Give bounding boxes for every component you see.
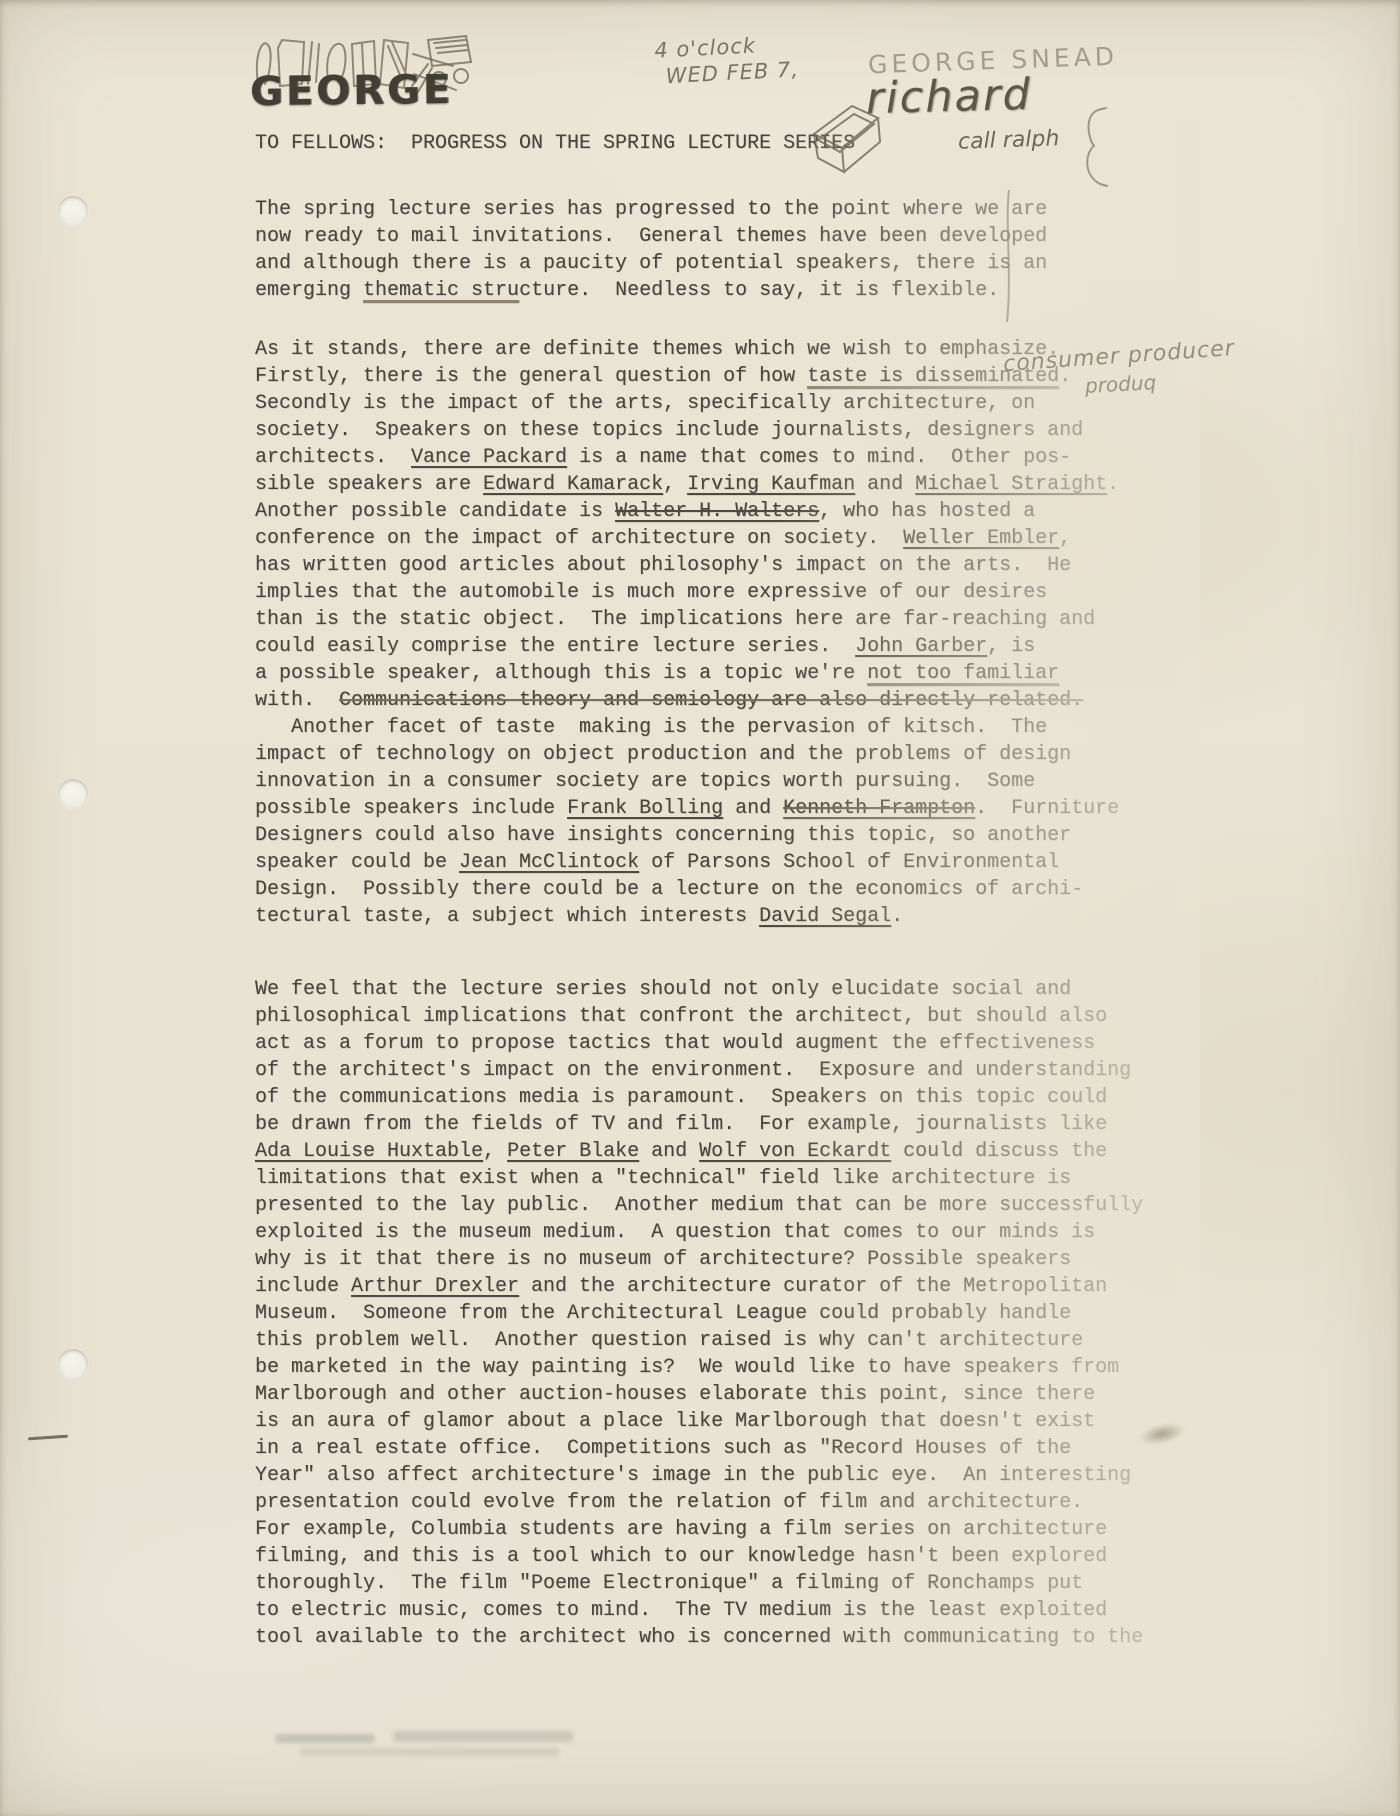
- text-line: filming, and this is a tool which to our…: [255, 1543, 1195, 1570]
- text-line: implies that the automobile is much more…: [255, 579, 1195, 606]
- text-line: sible speakers are Edward Kamarack, Irvi…: [255, 471, 1195, 498]
- ghost-print-mark: [300, 1748, 560, 1756]
- bracket-mark: [1078, 106, 1110, 190]
- hole-punch-bottom: [58, 1349, 88, 1379]
- ghost-print-mark: [275, 1734, 375, 1743]
- text-line: now ready to mail invitations. General t…: [255, 223, 1195, 250]
- text-line: The spring lecture series has progressed…: [255, 196, 1195, 223]
- text-line: society. Speakers on these topics includ…: [255, 417, 1195, 444]
- hole-punch-top: [58, 196, 88, 226]
- text-line: and although there is a paucity of poten…: [255, 250, 1195, 277]
- text-line: philosophical implications that confront…: [255, 1003, 1195, 1030]
- text-line: We feel that the lecture series should n…: [255, 976, 1195, 1003]
- text-line: Another possible candidate is Walter H. …: [255, 498, 1195, 525]
- text-line: than is the static object. The implicati…: [255, 606, 1195, 633]
- text-line: possible speakers include Frank Bolling …: [255, 795, 1195, 822]
- text-line: be drawn from the fields of TV and film.…: [255, 1111, 1195, 1138]
- call-note: call ralph: [958, 126, 1060, 155]
- text-line: presentation could evolve from the relat…: [255, 1489, 1195, 1516]
- margin-note-produq: produq: [1084, 370, 1156, 398]
- time-note-line-2: WED FEB 7,: [665, 56, 800, 89]
- text-line: limitations that exist when a "technical…: [255, 1165, 1195, 1192]
- text-line: impact of technology on object productio…: [255, 741, 1195, 768]
- paragraph-2: As it stands, there are definite themes …: [255, 336, 1195, 930]
- text-line: presented to the lay public. Another med…: [255, 1192, 1195, 1219]
- text-line: this problem well. Another question rais…: [255, 1327, 1195, 1354]
- margin-pencil-line: [1002, 190, 1016, 322]
- ghost-print-mark: [393, 1731, 573, 1742]
- text-line: innovation in a consumer society are top…: [255, 768, 1195, 795]
- text-line: tectural taste, a subject which interest…: [255, 903, 1195, 930]
- text-line: Marlborough and other auction-houses ela…: [255, 1381, 1195, 1408]
- text-line: Ada Louise Huxtable, Peter Blake and Wol…: [255, 1138, 1195, 1165]
- text-line: conference on the impact of architecture…: [255, 525, 1195, 552]
- text-line: Year" also affect architecture's image i…: [255, 1462, 1195, 1489]
- text-line: Secondly is the impact of the arts, spec…: [255, 390, 1195, 417]
- george-scribble-text: GEORGE: [250, 67, 454, 115]
- text-line: could easily comprise the entire lecture…: [255, 633, 1195, 660]
- text-line: Museum. Someone from the Architectural L…: [255, 1300, 1195, 1327]
- text-line: in a real estate office. Competitions su…: [255, 1435, 1195, 1462]
- text-line: Designers could also have insights conce…: [255, 822, 1195, 849]
- text-line: of the architect's impact on the environ…: [255, 1057, 1195, 1084]
- pencil-dash-mark: [28, 1435, 68, 1441]
- text-line: architects. Vance Packard is a name that…: [255, 444, 1195, 471]
- text-line: For example, Columbia students are havin…: [255, 1516, 1195, 1543]
- text-line: of the communications media is paramount…: [255, 1084, 1195, 1111]
- paragraph-3: We feel that the lecture series should n…: [255, 976, 1195, 1651]
- name-note-bold: richard: [865, 70, 1032, 124]
- text-line: why is it that there is no museum of arc…: [255, 1246, 1195, 1273]
- text-line: include Arthur Drexler and the architect…: [255, 1273, 1195, 1300]
- hole-punch-middle: [58, 779, 88, 809]
- text-line: act as a forum to propose tactics that w…: [255, 1030, 1195, 1057]
- document-body: The spring lecture series has progressed…: [255, 196, 1195, 1651]
- text-line: with. Communications theory and semiolog…: [255, 687, 1195, 714]
- text-line: has written good articles about philosop…: [255, 552, 1195, 579]
- text-line: is an aura of glamor about a place like …: [255, 1408, 1195, 1435]
- page-title: TO FELLOWS: PROGRESS ON THE SPRING LECTU…: [255, 130, 855, 157]
- text-line: be marketed in the way painting is? We w…: [255, 1354, 1195, 1381]
- text-line: tool available to the architect who is c…: [255, 1624, 1195, 1651]
- box-doodle: [802, 100, 888, 186]
- text-line: thoroughly. The film "Poeme Electronique…: [255, 1570, 1195, 1597]
- paragraph-1: The spring lecture series has progressed…: [255, 196, 1195, 304]
- time-note: 4 o'clock WED FEB 7,: [654, 30, 800, 89]
- text-line: emerging thematic structure. Needless to…: [255, 277, 1195, 304]
- text-line: exploited is the museum medium. A questi…: [255, 1219, 1195, 1246]
- text-line: to electric music, comes to mind. The TV…: [255, 1597, 1195, 1624]
- memo-page: GEORGE 4 o'clock WED FEB 7, GEORGE SNEAD…: [0, 0, 1400, 1816]
- text-line: Design. Possibly there could be a lectur…: [255, 876, 1195, 903]
- text-line: Another facet of taste making is the per…: [255, 714, 1195, 741]
- text-line: a possible speaker, although this is a t…: [255, 660, 1195, 687]
- text-line: speaker could be Jean McClintock of Pars…: [255, 849, 1195, 876]
